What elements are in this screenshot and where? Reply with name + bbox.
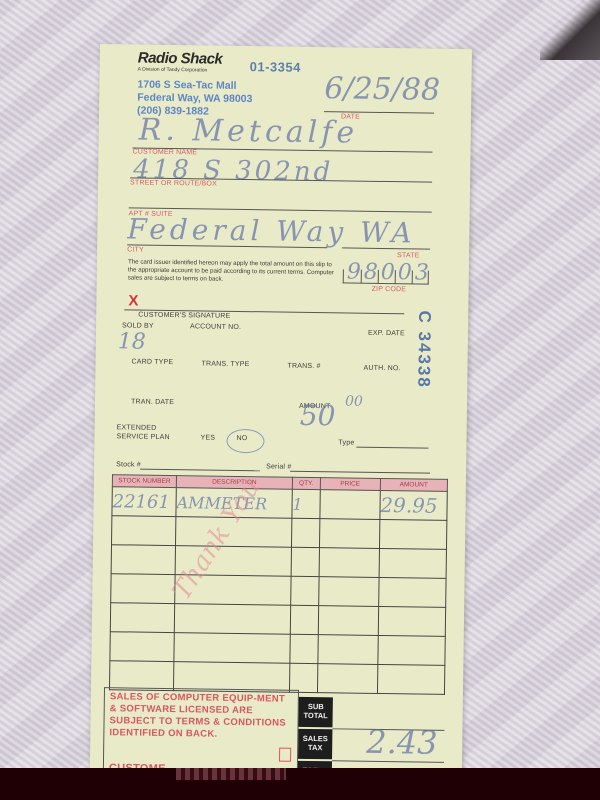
table-row: [111, 574, 446, 608]
table-row: [110, 632, 445, 666]
terms-checkbox[interactable]: [279, 748, 291, 762]
signature-label: CUSTOMER'S SIGNATURE: [138, 312, 230, 320]
store-number: 01-3354: [250, 59, 301, 75]
stock-label: Stock #: [116, 461, 141, 468]
type-line: [356, 447, 428, 449]
occlusion-pattern: [176, 768, 286, 780]
apt-line: [129, 207, 432, 212]
type-label: Type: [338, 439, 354, 446]
terms-text: SALES OF COMPUTER EQUIP-MENT & SOFTWARE …: [109, 691, 286, 740]
exp-date-label: EXP. DATE: [368, 330, 405, 338]
trans-no-label: TRANS. #: [287, 363, 320, 370]
handwritten-amount-cents: 00: [345, 393, 363, 409]
state-label: STATE: [397, 252, 420, 259]
brand-logo: Radio Shack: [138, 50, 223, 68]
city-label: CITY: [127, 246, 144, 253]
handwritten-date: 6/25/88: [324, 71, 440, 108]
slip-serial-number: C 34338: [413, 310, 434, 389]
street-label: STREET OR ROUTE/BOX: [130, 179, 217, 187]
sub-total-label: SUB TOTAL: [298, 697, 332, 727]
address-line2: Federal Way, WA 98003: [137, 92, 252, 106]
address-line1: 1706 S Sea-Tac Mall: [137, 79, 236, 92]
auth-no-label: AUTH. NO.: [363, 365, 400, 373]
col-amount: AMOUNT: [380, 478, 447, 491]
brand-subtitle: A Division of Tandy Corporation: [138, 67, 208, 74]
service-plan-label: SERVICE PLAN: [116, 433, 169, 441]
cell-amount: 29.95: [380, 490, 448, 520]
state-line: [342, 247, 430, 249]
trans-type-label: TRANS. TYPE: [201, 360, 249, 368]
handwritten-customer-name: R. Metcalfe: [139, 113, 359, 151]
account-no-label: ACCOUNT NO.: [190, 323, 241, 331]
table-row: [111, 545, 446, 579]
cell-price: [320, 490, 380, 520]
table-row: 22161 AMMETER 1 29.95: [112, 487, 447, 521]
card-issuer-fine-print: The card issuer identified hereon may ap…: [128, 258, 338, 285]
tran-date-label: TRAN. DATE: [131, 398, 174, 406]
extended-label: EXTENDED: [117, 424, 157, 432]
handwritten-sales-tax: 2.43: [366, 723, 438, 762]
cell-qty: 1: [292, 489, 320, 518]
card-type-label: CARD TYPE: [132, 358, 174, 366]
computer-sales-terms: SALES OF COMPUTER EQUIP-MENT & SOFTWARE …: [103, 687, 299, 780]
no-circled-mark: [226, 429, 264, 454]
handwritten-city: Federal Way WA: [127, 212, 416, 249]
serial-label: Serial #: [266, 463, 291, 470]
sales-tax-label: SALES TAX: [298, 729, 332, 759]
col-price: PRICE: [320, 478, 380, 491]
handwritten-sold-by: 18: [118, 329, 146, 354]
table-row: [112, 516, 447, 550]
col-stock-number: STOCK NUMBER: [112, 475, 176, 488]
bottom-occlusion-bar: [0, 768, 600, 800]
handwritten-amount: 50: [300, 399, 336, 432]
table-row: [110, 603, 445, 637]
handwritten-zip: 98003: [347, 259, 432, 285]
receipt: Radio Shack A Division of Tandy Corporat…: [90, 44, 472, 779]
col-qty: QTY.: [292, 477, 320, 489]
service-plan-yes: YES: [200, 434, 215, 441]
signature-x-mark: X: [128, 292, 138, 309]
background-shadow: [540, 0, 600, 60]
cell-stock-number: 22161: [112, 487, 176, 517]
line-items-table: STOCK NUMBER DESCRIPTION QTY. PRICE AMOU…: [109, 474, 448, 695]
serial-line: [290, 471, 430, 474]
zip-code-label: ZIP CODE: [372, 286, 407, 293]
stock-line: [140, 469, 260, 472]
